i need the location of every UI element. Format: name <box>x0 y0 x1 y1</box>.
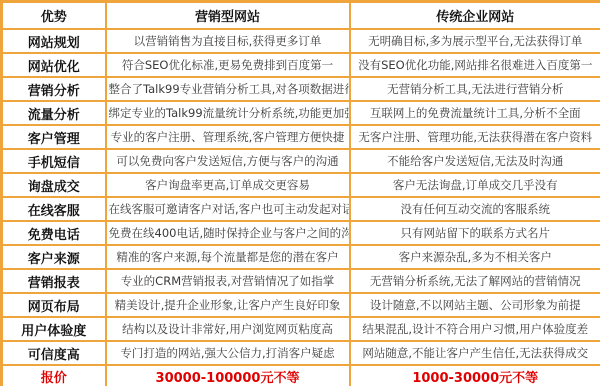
table-row: 用户体验度 结构以及设计非常好,用户浏览网页粘度高 结果混乱,设计不符合用户习惯… <box>2 317 600 341</box>
marketing-cell: 精准的客户来源,每个流量都是您的潜在客户 <box>106 245 350 269</box>
traditional-cell: 只有网站留下的联系方式名片 <box>350 221 600 245</box>
marketing-cell: 专业的客户注册、管理系统,客户管理方便快捷 <box>106 125 350 149</box>
advantage-label: 询盘成交 <box>2 173 106 197</box>
marketing-cell: 绑定专业的Talk99流量统计分析系统,功能更加强大 <box>106 101 350 125</box>
advantage-label: 免费电话 <box>2 221 106 245</box>
traditional-cell: 无营销分析系统,无法了解网站的营销情况 <box>350 269 600 293</box>
advantage-label: 客户来源 <box>2 245 106 269</box>
column-header-marketing-site: 营销型网站 <box>106 2 350 30</box>
marketing-price-cell: 30000-100000元不等 <box>106 365 350 386</box>
advantage-label: 可信度高 <box>2 341 106 365</box>
table-row: 可信度高 专门打造的网站,强大公信力,打消客户疑虑 网站随意,不能让客户产生信任… <box>2 341 600 365</box>
advantage-label: 营销分析 <box>2 77 106 101</box>
traditional-cell: 结果混乱,设计不符合用户习惯,用户体验度差 <box>350 317 600 341</box>
marketing-cell: 整合了Talk99专业营销分析工具,对各项数据进行分析 <box>106 77 350 101</box>
traditional-cell: 客户无法询盘,订单成交几乎没有 <box>350 173 600 197</box>
traditional-cell: 无营销分析工具,无法进行营销分析 <box>350 77 600 101</box>
table-row: 手机短信 可以免费向客户发送短信,方便与客户的沟通 不能给客户发送短信,无法及时… <box>2 149 600 173</box>
marketing-cell: 符合SEO优化标准,更易免费排到百度第一 <box>106 53 350 77</box>
marketing-cell: 免费在线400电话,随时保持企业与客户之间的沟通 <box>106 221 350 245</box>
advantage-label: 手机短信 <box>2 149 106 173</box>
traditional-cell: 无明确目标,多为展示型平台,无法获得订单 <box>350 29 600 53</box>
traditional-cell: 不能给客户发送短信,无法及时沟通 <box>350 149 600 173</box>
traditional-cell: 无客户注册、管理功能,无法获得潜在客户资料 <box>350 125 600 149</box>
comparison-table: 优势 营销型网站 传统企业网站 网站规划 以营销销售为直接目标,获得更多订单 无… <box>0 0 600 386</box>
marketing-cell: 可以免费向客户发送短信,方便与客户的沟通 <box>106 149 350 173</box>
price-row: 报价 30000-100000元不等 1000-30000元不等 <box>2 365 600 386</box>
column-header-advantage: 优势 <box>2 2 106 30</box>
table-row: 免费电话 免费在线400电话,随时保持企业与客户之间的沟通 只有网站留下的联系方… <box>2 221 600 245</box>
advantage-label: 网页布局 <box>2 293 106 317</box>
advantage-label: 流量分析 <box>2 101 106 125</box>
traditional-cell: 客户来源杂乱,多为不相关客户 <box>350 245 600 269</box>
marketing-cell: 结构以及设计非常好,用户浏览网页粘度高 <box>106 317 350 341</box>
marketing-cell: 专业的CRM营销报表,对营销情况了如指掌 <box>106 269 350 293</box>
traditional-price-cell: 1000-30000元不等 <box>350 365 600 386</box>
marketing-cell: 以营销销售为直接目标,获得更多订单 <box>106 29 350 53</box>
price-label: 报价 <box>2 365 106 386</box>
traditional-cell: 没有任何互动交流的客服系统 <box>350 197 600 221</box>
table-row: 网站规划 以营销销售为直接目标,获得更多订单 无明确目标,多为展示型平台,无法获… <box>2 29 600 53</box>
traditional-cell: 设计随意,不以网站主题、公司形象为前提 <box>350 293 600 317</box>
traditional-cell: 网站随意,不能让客户产生信任,无法获得成交 <box>350 341 600 365</box>
advantage-label: 网站规划 <box>2 29 106 53</box>
advantage-label: 在线客服 <box>2 197 106 221</box>
traditional-cell: 没有SEO优化功能,网站排名很难进入百度第一 <box>350 53 600 77</box>
table-row: 在线客服 在线客服可邀请客户对话,客户也可主动发起对话 没有任何互动交流的客服系… <box>2 197 600 221</box>
table-row: 询盘成交 客户询盘率更高,订单成交更容易 客户无法询盘,订单成交几乎没有 <box>2 173 600 197</box>
header-row: 优势 营销型网站 传统企业网站 <box>2 2 600 30</box>
advantage-label: 网站优化 <box>2 53 106 77</box>
table-row: 客户管理 专业的客户注册、管理系统,客户管理方便快捷 无客户注册、管理功能,无法… <box>2 125 600 149</box>
table-row: 营销分析 整合了Talk99专业营销分析工具,对各项数据进行分析 无营销分析工具… <box>2 77 600 101</box>
marketing-cell: 在线客服可邀请客户对话,客户也可主动发起对话 <box>106 197 350 221</box>
traditional-cell: 互联网上的免费流量统计工具,分析不全面 <box>350 101 600 125</box>
table-row: 流量分析 绑定专业的Talk99流量统计分析系统,功能更加强大 互联网上的免费流… <box>2 101 600 125</box>
marketing-cell: 专门打造的网站,强大公信力,打消客户疑虑 <box>106 341 350 365</box>
advantage-label: 营销报表 <box>2 269 106 293</box>
column-header-traditional-site: 传统企业网站 <box>350 2 600 30</box>
marketing-cell: 客户询盘率更高,订单成交更容易 <box>106 173 350 197</box>
advantage-label: 客户管理 <box>2 125 106 149</box>
table-row: 客户来源 精准的客户来源,每个流量都是您的潜在客户 客户来源杂乱,多为不相关客户 <box>2 245 600 269</box>
advantage-label: 用户体验度 <box>2 317 106 341</box>
table-row: 网页布局 精美设计,提升企业形象,让客户产生良好印象 设计随意,不以网站主题、公… <box>2 293 600 317</box>
marketing-cell: 精美设计,提升企业形象,让客户产生良好印象 <box>106 293 350 317</box>
table-row: 营销报表 专业的CRM营销报表,对营销情况了如指掌 无营销分析系统,无法了解网站… <box>2 269 600 293</box>
table-row: 网站优化 符合SEO优化标准,更易免费排到百度第一 没有SEO优化功能,网站排名… <box>2 53 600 77</box>
